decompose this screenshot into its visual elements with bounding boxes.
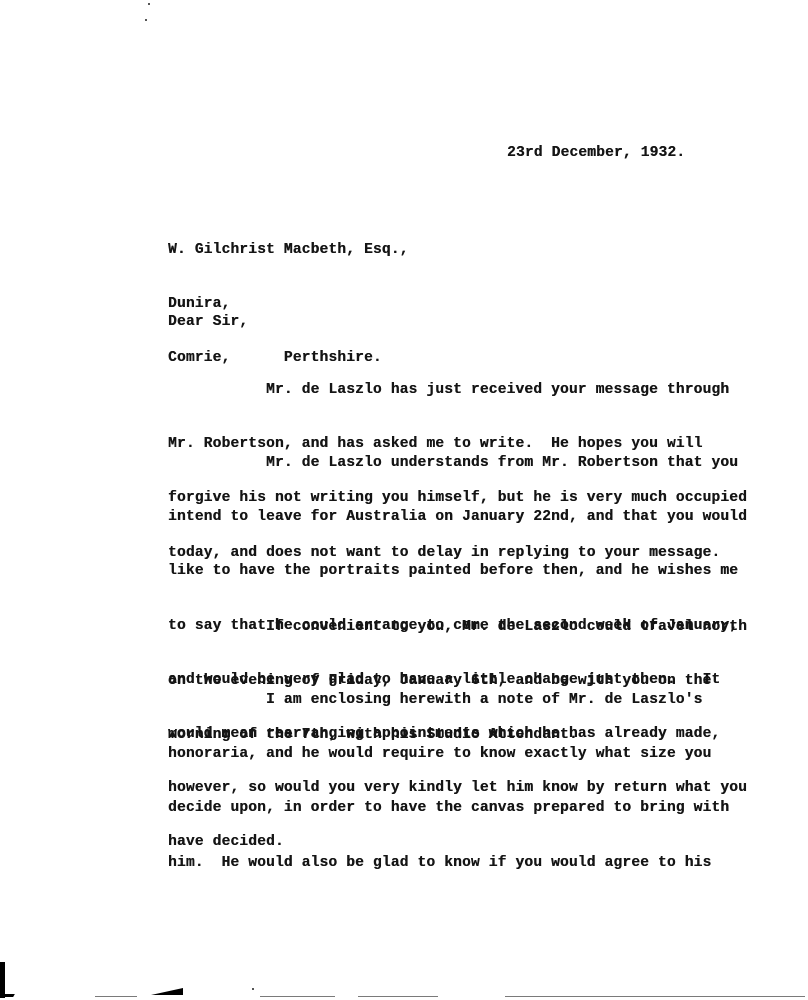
text-line: intend to leave for Australia on January… <box>168 508 747 526</box>
scan-speck <box>145 19 147 21</box>
recipient-name: W. Gilchrist Macbeth, Esq., <box>168 241 409 259</box>
text-line: If convenient to you, Mr. de Laszlo coul… <box>168 618 747 636</box>
scan-edge-mark <box>0 962 5 998</box>
scan-speck <box>252 988 254 990</box>
text-line: honoraria, and he would require to know … <box>168 745 729 763</box>
text-line: Mr. de Laszlo understands from Mr. Rober… <box>168 454 747 472</box>
scan-bottom-line <box>95 996 137 997</box>
text-line: decide upon, in order to have the canvas… <box>168 799 729 817</box>
letter-page: 23rd December, 1932. W. Gilchrist Macbet… <box>0 0 808 1000</box>
salutation: Dear Sir, <box>168 313 248 331</box>
scan-smudge <box>151 988 183 995</box>
letter-date: 23rd December, 1932. <box>507 144 685 162</box>
text-line: Mr. de Laszlo has just received your mes… <box>168 381 747 399</box>
text-line: I am enclosing herewith a note of Mr. de… <box>168 691 729 709</box>
text-line: like to have the portraits painted befor… <box>168 562 747 580</box>
recipient-estate: Dunira, <box>168 295 409 313</box>
scan-bottom-line <box>505 996 805 997</box>
text-line: him. He would also be glad to know if yo… <box>168 854 729 872</box>
paragraph-4: I am enclosing herewith a note of Mr. de… <box>168 655 729 908</box>
scan-speck <box>148 3 150 5</box>
scan-edge-mark <box>0 994 15 997</box>
scan-bottom-line <box>358 996 438 997</box>
scan-bottom-line <box>260 996 335 997</box>
